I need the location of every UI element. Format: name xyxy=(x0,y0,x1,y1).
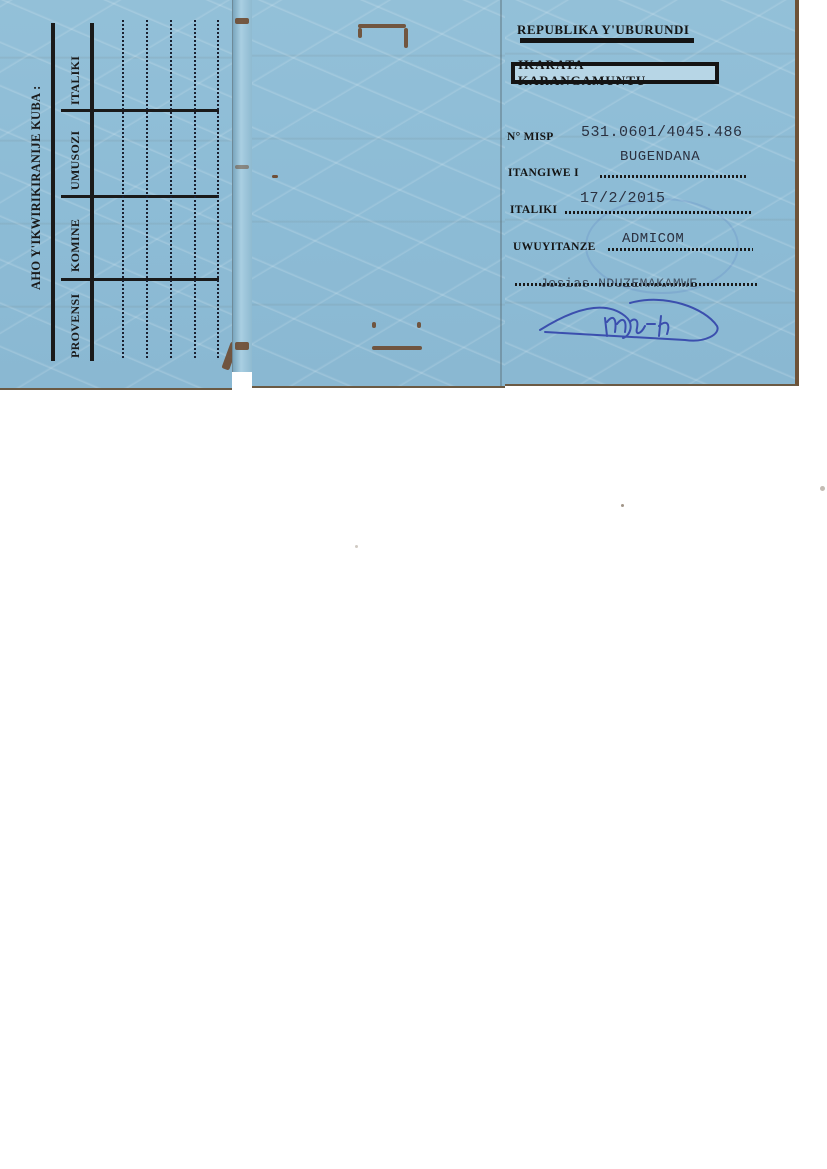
issuer-label: UWUYITANZE xyxy=(513,241,596,253)
issued-at-dotted-line xyxy=(600,175,748,178)
fold-line xyxy=(500,0,502,386)
card-spine xyxy=(232,0,254,372)
table-row-line xyxy=(217,20,219,358)
table-header-divider xyxy=(90,23,94,361)
column-header-komine: KOMINE xyxy=(68,219,83,272)
country-heading-underline xyxy=(520,38,694,43)
issue-date-dotted-line xyxy=(565,211,753,214)
issued-at-value: BUGENDANA xyxy=(620,149,700,165)
residence-table-title: AHO Y'IKWIRIKIRANIJE KUBA : xyxy=(29,85,44,290)
issue-date-label: ITALIKI xyxy=(510,204,557,216)
issued-at-label: ITANGIWE I xyxy=(508,167,579,179)
card-title-box: IKARATA KARANGAMUNTU xyxy=(511,62,719,84)
rust-stain xyxy=(235,18,249,24)
rust-stain xyxy=(358,28,362,38)
middle-panel-blank xyxy=(252,0,505,388)
rust-stain xyxy=(404,28,408,48)
rust-stain xyxy=(417,322,421,328)
table-row-line xyxy=(122,20,124,358)
ink-speck xyxy=(272,175,278,178)
rust-stain xyxy=(358,24,406,28)
misp-label: N° MISP xyxy=(507,131,554,143)
rust-stain xyxy=(372,322,376,328)
identity-card: AHO Y'IKWIRIKIRANIJE KUBA : PROVENSI KOM… xyxy=(0,0,798,388)
rust-stain xyxy=(235,342,249,350)
column-header-italiki: ITALIKI xyxy=(68,56,83,105)
scanner-speck xyxy=(621,504,624,507)
rust-stain xyxy=(235,165,249,169)
column-header-provensi: PROVENSI xyxy=(68,294,83,358)
issuer-value: ADMICOM xyxy=(622,231,684,247)
misp-value: 531.0601/4045.486 xyxy=(581,124,743,141)
issuer-dotted-line xyxy=(608,248,753,251)
signature-icon xyxy=(535,288,725,348)
rust-stain xyxy=(372,346,422,350)
table-border-left xyxy=(51,23,55,361)
table-row-line xyxy=(170,20,172,358)
country-heading: REPUBLIKA Y'UBURUNDI xyxy=(517,22,689,38)
table-row-line xyxy=(194,20,196,358)
scanner-speck xyxy=(820,486,825,491)
card-title: IKARATA KARANGAMUNTU xyxy=(518,57,715,89)
issue-date-value: 17/2/2015 xyxy=(580,190,666,207)
scanner-speck xyxy=(355,545,358,548)
table-row-line xyxy=(146,20,148,358)
column-header-umusozi: UMUSOZI xyxy=(68,131,83,190)
